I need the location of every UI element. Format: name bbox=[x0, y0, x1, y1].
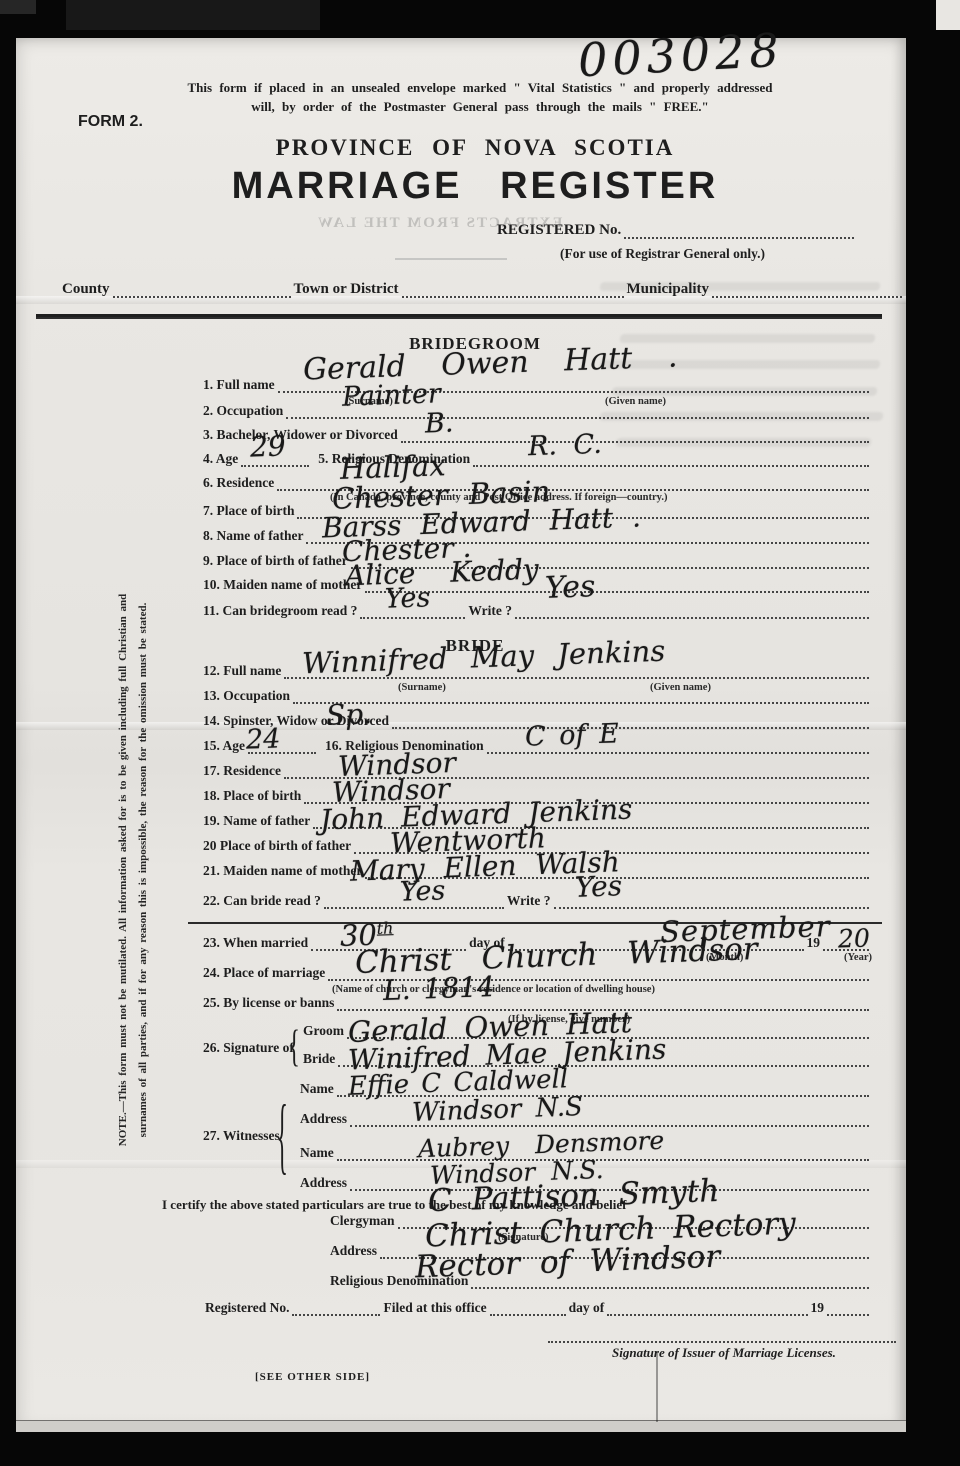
form-number: FORM 2. bbox=[78, 113, 143, 131]
hw-bride-can-read: Yes bbox=[399, 875, 445, 908]
field-label: 8. Name of father bbox=[203, 528, 303, 544]
field-label: 23. When married bbox=[203, 935, 308, 951]
dotted-leader bbox=[490, 1312, 566, 1316]
hw-day-suffix: th bbox=[376, 918, 393, 938]
dotted-leader bbox=[286, 415, 869, 419]
paper-bottom-edge bbox=[16, 1420, 906, 1432]
hw-groom-mother: Alice Keddy bbox=[344, 553, 539, 593]
registered-no-label: REGISTERED No. bbox=[497, 222, 621, 239]
dotted-leader bbox=[515, 615, 869, 619]
field-row-bride-occupation: 13. Occupation bbox=[203, 686, 872, 704]
dotted-leader bbox=[292, 1312, 380, 1316]
dotted-leader bbox=[293, 700, 869, 704]
year-sub: (Year) bbox=[844, 952, 872, 963]
field-label: 3. Bachelor, Widower or Divorced bbox=[203, 427, 398, 443]
field-label: 13. Occupation bbox=[203, 688, 290, 704]
write-label: Write ? bbox=[468, 603, 512, 619]
margin-note-line2: surnames of all parties, and if for any … bbox=[133, 525, 153, 1215]
county-label: County bbox=[62, 281, 110, 298]
dotted-leader bbox=[712, 294, 902, 298]
printed-19: 19 bbox=[811, 1300, 825, 1316]
field-label: 21. Maiden name of mother bbox=[203, 863, 362, 879]
dotted-leader bbox=[827, 1312, 869, 1316]
scan-dark-block bbox=[66, 0, 320, 30]
field-label: 6. Residence bbox=[203, 475, 274, 491]
town-label: Town or District bbox=[294, 281, 399, 298]
registrar-note: (For use of Registrar General only.) bbox=[560, 246, 765, 262]
field-label: 12. Full name bbox=[203, 663, 281, 679]
clergyman-label: Clergyman bbox=[330, 1213, 395, 1229]
field-label: 9. Place of birth of father bbox=[203, 553, 348, 569]
margin-note: NOTE.—This form must not be mutilated. A… bbox=[113, 525, 153, 1215]
envelope-note-line1: This form if placed in an unsealed envel… bbox=[130, 80, 830, 96]
name-label: Name bbox=[300, 1081, 334, 1097]
write-label: Write ? bbox=[507, 893, 551, 909]
field-row-bride-residence: 17. Residence bbox=[203, 761, 872, 779]
fold-line bbox=[656, 1352, 658, 1422]
scan-corner-paper bbox=[936, 0, 960, 30]
scanned-marriage-register: 003028 This form if placed in an unseale… bbox=[0, 0, 960, 1466]
witnesses-label: 27. Witnesses bbox=[203, 1128, 280, 1144]
margin-note-line1: NOTE.—This form must not be mutilated. A… bbox=[113, 525, 133, 1215]
dotted-leader bbox=[365, 589, 869, 593]
municipality-label: Municipality bbox=[627, 281, 710, 298]
handwritten-serial-number: 003028 bbox=[577, 23, 785, 88]
field-row-can-read: 11. Can bridegroom read ? Write ? bbox=[203, 601, 872, 619]
location-row: County Town or District Municipality bbox=[62, 280, 905, 298]
hw-witness1-address: Windsor N.S bbox=[412, 1092, 584, 1128]
registered-no-label: Registered No. bbox=[205, 1300, 289, 1316]
witness1-address-row: Address bbox=[300, 1109, 872, 1127]
name-label: Name bbox=[300, 1145, 334, 1161]
page-title: MARRIAGE REGISTER bbox=[30, 165, 920, 208]
field-label: 25. By license or banns bbox=[203, 995, 334, 1011]
dotted-leader bbox=[401, 439, 869, 443]
hw-groom-can-write: Yes bbox=[544, 569, 596, 606]
dotted-leader bbox=[360, 615, 465, 619]
issuer-signature-label: Signature of Issuer of Marriage Licenses… bbox=[612, 1345, 836, 1361]
scan-corner-block bbox=[0, 0, 36, 14]
hw-groom-denomination: R. C. bbox=[527, 429, 602, 463]
signature-of-label: 26. Signature of bbox=[203, 1040, 294, 1056]
see-other-side: [SEE OTHER SIDE] bbox=[255, 1371, 370, 1383]
address-label: Address bbox=[330, 1243, 377, 1259]
field-label: 1. Full name bbox=[203, 377, 275, 393]
filed-row: Registered No. Filed at this office day … bbox=[205, 1298, 872, 1316]
hw-wedding-year: 20 bbox=[838, 923, 871, 953]
dotted-leader bbox=[624, 235, 854, 239]
address-label: Address bbox=[300, 1175, 347, 1191]
showthrough-line bbox=[395, 258, 507, 260]
hw-groom-status: B. bbox=[424, 408, 454, 440]
filed-label: Filed at this office bbox=[383, 1300, 486, 1316]
hw-groom-can-read: Yes bbox=[384, 582, 430, 615]
address-label: Address bbox=[300, 1111, 347, 1127]
field-row-occupation: 2. Occupation bbox=[203, 401, 872, 419]
hw-bride-status: Sp. bbox=[325, 697, 372, 732]
field-label: 7. Place of birth bbox=[203, 503, 294, 519]
field-label: 24. Place of marriage bbox=[203, 965, 325, 981]
field-label: 22. Can bride read ? bbox=[203, 893, 321, 909]
dotted-leader bbox=[241, 463, 309, 467]
section-divider-rule bbox=[36, 314, 882, 319]
hw-groom-age: 29 bbox=[249, 429, 286, 463]
dotted-leader bbox=[392, 725, 869, 729]
dotted-leader bbox=[402, 294, 624, 298]
day-of-label: day of bbox=[569, 1300, 605, 1316]
field-label: 10. Maiden name of mother bbox=[203, 577, 362, 593]
hw-license-number: L. 1814 bbox=[382, 970, 495, 1007]
envelope-note-line2: will, by order of the Postmaster General… bbox=[130, 99, 830, 115]
bride-label: Bride bbox=[303, 1051, 335, 1067]
brace-glyph: { bbox=[289, 1022, 300, 1073]
field-label: 19. Name of father bbox=[203, 813, 310, 829]
field-label: 11. Can bridegroom read ? bbox=[203, 603, 357, 619]
hw-bride-age: 24 bbox=[245, 723, 280, 755]
field-label: 2. Occupation bbox=[203, 403, 283, 419]
field-row-bride-can-read: 22. Can bride read ? Write ? bbox=[203, 891, 872, 909]
brace-glyph: { bbox=[277, 1088, 288, 1187]
field-label: 20 Place of birth of father bbox=[203, 838, 351, 854]
field-label: 17. Residence bbox=[203, 763, 281, 779]
dotted-leader bbox=[473, 463, 869, 467]
field-label: 18. Place of birth bbox=[203, 788, 301, 804]
province-heading: PROVINCE OF NOVA SCOTIA bbox=[30, 135, 920, 161]
dotted-leader bbox=[471, 1285, 869, 1289]
registered-no-row: REGISTERED No. bbox=[497, 221, 857, 239]
issuer-signature-line bbox=[548, 1341, 896, 1343]
hw-bride-denomination: C of E bbox=[524, 718, 619, 752]
dotted-leader bbox=[113, 294, 291, 298]
hw-bride-can-write: Yes bbox=[574, 869, 622, 904]
groom-label: Groom bbox=[303, 1023, 344, 1039]
age-label: 4. Age bbox=[203, 451, 238, 467]
dotted-leader bbox=[607, 1312, 807, 1316]
age-label: 15. Age bbox=[203, 738, 245, 754]
